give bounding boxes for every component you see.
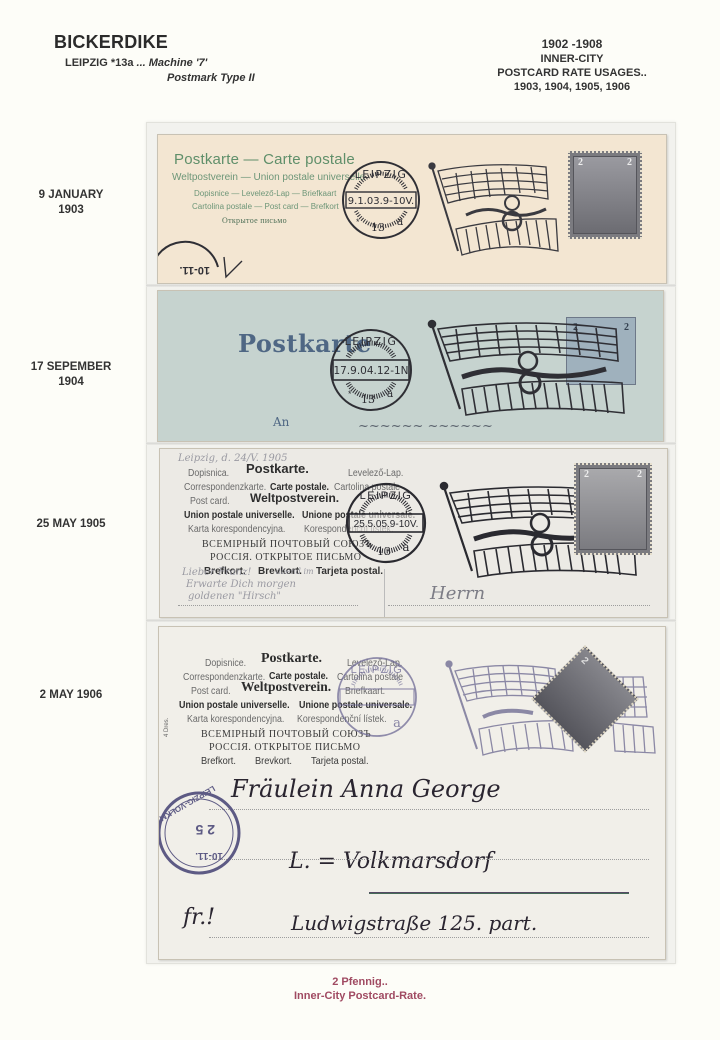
svg-text:a: a — [393, 716, 401, 731]
card-line-cyrillic: Открытое письмо — [222, 216, 287, 225]
sleeve-divider — [146, 619, 676, 622]
page-title: BICKERDIKE — [54, 32, 168, 53]
card-line: Weltpostverein. — [250, 491, 339, 505]
svg-text:LEIPZIG: LEIPZIG — [351, 664, 404, 676]
underline — [369, 892, 629, 894]
sleeve-divider — [146, 442, 676, 445]
svg-text:9.1.03.9-10V.: 9.1.03.9-10V. — [348, 196, 414, 207]
page-subtitle: LEIPZIG *13a ... Machine '7' — [65, 57, 207, 69]
postcard-1903: Postkarte — Carte postale Weltpostverein… — [157, 134, 667, 284]
date-line: 2 MAY 1906 — [16, 688, 126, 703]
message-line: Lieber Franz! — [182, 567, 251, 578]
postcard-1906: Dopisnice. Postkarte. Levelező-Lap. Corr… — [158, 626, 666, 960]
svg-text:25.5.05.9-10V.: 25.5.05.9-10V. — [354, 519, 419, 530]
subtitle-postmark-type: Postmark Type II — [167, 72, 255, 84]
svg-text:a: a — [387, 387, 394, 400]
header-right-line3: 1903, 1904, 1905, 1906 — [472, 80, 672, 94]
germania-stamp: 2 2 — [568, 151, 642, 239]
date-year: 1904 — [16, 375, 126, 390]
leipzig-postmark: LEIPZIG 17.9.04.12-1N 13 a * — [328, 327, 414, 413]
pencil-check — [220, 253, 250, 283]
date-year: 1903 — [16, 203, 126, 218]
germania-stamp: 2 2 — [574, 463, 652, 555]
svg-text:*: * — [348, 389, 352, 399]
divider-line — [384, 569, 385, 618]
card-line: Tarjeta postal. — [316, 566, 383, 577]
leipzig-postmark: LEIPZIG 25.5.05.9-10V. 13 a — [344, 481, 428, 565]
date-line: 17 SEPEMBER — [16, 360, 126, 375]
message-line: Erwarte Dich morgen — [186, 579, 296, 590]
dotted-line — [209, 859, 649, 860]
card-line: Brefkort. — [201, 755, 236, 767]
svg-text:2 5: 2 5 — [195, 822, 215, 838]
to-label: An — [273, 415, 289, 429]
postcard-1905: Leipzig, d. 24/V. 1905 Dopisnica. Postka… — [159, 448, 668, 618]
address-name: Fräulein Anna George — [231, 775, 501, 803]
dotted-line — [178, 605, 358, 606]
flag-cancel — [426, 159, 576, 259]
message-line: goldenen "Hirsch" — [188, 591, 281, 602]
svg-text:LEIPZIG: LEIPZIG — [345, 335, 398, 348]
svg-text:LEIPZIG: LEIPZIG — [360, 490, 413, 502]
flag-cancel — [426, 317, 636, 417]
card-line: Cartolina postale — Post card — Brefkort — [192, 202, 339, 211]
address-fragment: Herrn — [430, 583, 485, 604]
date-label-1903: 9 JANUARY 1903 — [16, 188, 126, 218]
card-line: Postkarte. — [261, 651, 322, 666]
svg-text:17.9.04.12-1N: 17.9.04.12-1N — [333, 365, 408, 377]
svg-text:13: 13 — [361, 393, 375, 406]
leipzig-postmark: LEIPZIG 9.1.03.9-10V. 13 a * — [340, 159, 422, 241]
subtitle-machine: ... Machine '7' — [137, 57, 208, 69]
card-line: Brevkort. — [255, 755, 292, 767]
card-title: Postkarte — Carte postale — [174, 151, 355, 168]
date-line: 9 JANUARY — [16, 188, 126, 203]
leipzig-postmark-violet: LEIPZIG a — [335, 655, 419, 739]
card-line: Weltpostverein. — [241, 679, 331, 694]
card-line: Weltpostverein — Union postale universel… — [172, 172, 365, 183]
period-years: 1902 -1908 — [472, 37, 672, 51]
header-right-line1: INNER-CITY — [472, 52, 672, 66]
postcard-1904: Postkarte An LEIPZIG 17.9.04.12-1N 13 a … — [157, 290, 664, 442]
arrival-postmark: 10-11. — [157, 245, 228, 284]
card-line: Dopisnice — Levelező-Lap — Briefkaart — [194, 189, 336, 198]
album-page: BICKERDIKE LEIPZIG *13a ... Machine '7' … — [0, 0, 720, 1040]
svg-text:10-11.: 10-11. — [195, 850, 223, 861]
header-right-block: 1902 -1908 INNER-CITY POSTCARD RATE USAG… — [472, 37, 672, 94]
dotted-line — [209, 809, 649, 810]
subtitle-postmark: LEIPZIG *13a — [65, 57, 133, 69]
address-street: Ludwigstraße 125. part. — [291, 911, 537, 935]
rate-caption: 2 Pfennig.. Inner-City Postcard-Rate. — [200, 975, 520, 1003]
message-line: abend im — [276, 567, 314, 576]
rate-line2: Inner-City Postcard-Rate. — [200, 989, 520, 1003]
address-city: L. = Volkmarsdorf — [289, 849, 492, 874]
svg-text:13: 13 — [371, 221, 385, 234]
date-label-1904: 17 SEPEMBER 1904 — [16, 360, 126, 390]
svg-text:*: * — [356, 217, 360, 227]
sleeve-divider — [146, 284, 676, 287]
date-label-1905: 25 MAY 1905 — [16, 517, 126, 532]
date-label-1906: 2 MAY 1906 — [16, 688, 126, 703]
header-right-line2: POSTCARD RATE USAGES.. — [472, 66, 672, 80]
card-line: Postkarte. — [246, 461, 309, 476]
dotted-line — [209, 937, 649, 938]
dotted-line — [388, 605, 650, 606]
rate-line1: 2 Pfennig.. — [200, 975, 520, 989]
svg-text:a: a — [402, 540, 409, 554]
svg-text:a: a — [397, 215, 404, 228]
handwritten-address: ~~~~~~ ~~~~~~ — [358, 419, 493, 434]
svg-text:10-11.: 10-11. — [179, 264, 210, 276]
date-line: 25 MAY 1905 — [16, 517, 126, 532]
svg-text:LEIPZIG: LEIPZIG — [355, 168, 408, 181]
card-line: Tarjeta postal. — [311, 755, 369, 767]
svg-text:13: 13 — [377, 545, 391, 558]
printer-imprint: 4 Dres. — [164, 718, 170, 737]
volkmarsdorf-arrival-postmark: 10-11. 2 5 LEIPZIG-VOLKMARSDORF — [158, 787, 247, 879]
franco-mark: fr.! — [183, 905, 215, 930]
